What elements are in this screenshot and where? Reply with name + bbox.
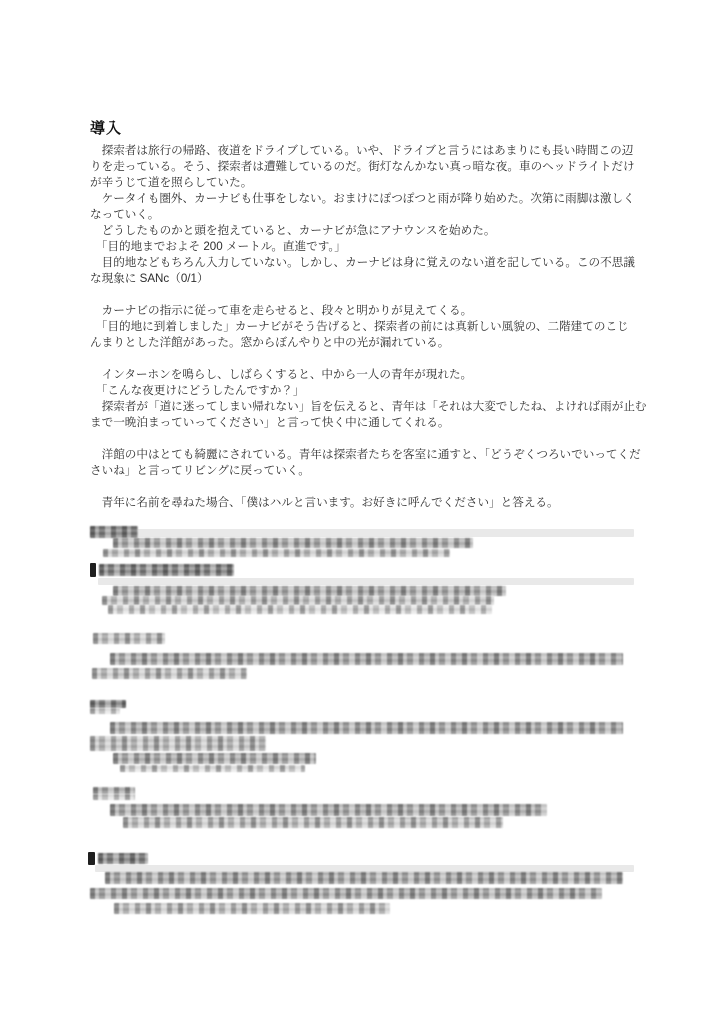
redacted-text-line [102, 596, 494, 605]
text-line: 「目的地までおよそ 200 メートル。直進です。」 [90, 239, 638, 255]
redacted-heading [90, 526, 138, 538]
text-line: どうしたものかと頭を抱えていると、カーナビが急にアナウンスを始めた。 [90, 223, 638, 239]
redacted-heading-bar [88, 852, 95, 865]
text-line: 青年に名前を尋ねた場合、「僕はハルと言います。お好きに呼んでください」と答える。 [90, 495, 638, 511]
redacted-text-line [113, 753, 316, 764]
redacted-text-line [90, 888, 602, 899]
text-line: 洋館の中はとても綺麗にされている。青年は探索者たちを客室に通すと、「どうぞくつろ… [90, 447, 638, 463]
text-line: なっていく。 [90, 207, 638, 223]
redacted-subheading [93, 633, 165, 644]
paragraph-gap [90, 351, 638, 367]
paragraph-gap [90, 431, 638, 447]
text-line: インターホンを鳴らし、しばらくすると、中から一人の青年が現れた。 [90, 367, 638, 383]
text-line: が辛うじて道を照らしていた。 [90, 175, 638, 191]
redacted-heading [99, 564, 234, 576]
text-line: さいね」と言ってリビングに戻っていく。 [90, 463, 638, 479]
redacted-text-line [120, 765, 305, 772]
redacted-underline [90, 529, 634, 537]
text-line: 探索者が「道に迷ってしまい帰れない」旨を伝えると、青年は「それは大変でしたね、よ… [90, 399, 638, 415]
section-title: 導入 [90, 119, 638, 143]
redacted-underline [95, 865, 634, 872]
redacted-heading [98, 853, 148, 864]
document-text: 探索者は旅行の帰路、夜道をドライブしている。いや、ドライブと言うにはあまりにも長… [90, 143, 638, 511]
redacted-text-line [110, 653, 623, 665]
text-line: な現象に SANc（0/1） [90, 271, 638, 287]
document-page: 導入 探索者は旅行の帰路、夜道をドライブしている。いや、ドライブと言うにはあまり… [0, 0, 724, 1024]
paragraph-gap [90, 479, 638, 495]
redacted-text-line [113, 538, 473, 548]
text-line: 「目的地に到着しました」カーナビがそう告げると、探索者の前には真新しい風貌の、二… [90, 319, 638, 335]
redacted-subheading [90, 700, 126, 708]
redacted-subheading [93, 794, 135, 800]
text-line: 目的地などもちろん入力していない。しかし、カーナビは身に覚えのない道を記している… [90, 255, 638, 271]
text-line: 「こんな夜更けにどうしたんですか？」 [90, 383, 638, 399]
paragraph-gap [90, 287, 638, 303]
text-line: 探索者は旅行の帰路、夜道をドライブしている。いや、ドライブと言うにはあまりにも長… [90, 143, 638, 159]
redacted-text-line [90, 736, 266, 751]
redacted-text-line [103, 549, 450, 557]
text-line: んまりとした洋館があった。窓からぼんやりと中の光が漏れている。 [90, 335, 638, 351]
redacted-subheading [90, 708, 120, 714]
redacted-text-line [92, 668, 247, 679]
text-line: りを走っている。そう、探索者は遭難しているのだ。街灯なんかない真っ暗な夜。車のヘ… [90, 159, 638, 175]
redacted-text-line [105, 872, 623, 884]
text-line: まで一晩泊まっていってください」と言って快く中に通してくれる。 [90, 415, 638, 431]
redacted-text-line [110, 804, 547, 816]
redacted-text-line [114, 903, 390, 914]
document-body: 導入 探索者は旅行の帰路、夜道をドライブしている。いや、ドライブと言うにはあまり… [90, 119, 638, 511]
redacted-heading-bar [90, 563, 96, 577]
redacted-text-line [110, 722, 623, 734]
redacted-text-line [113, 586, 506, 596]
redacted-text-line [108, 605, 492, 614]
redacted-text-line [123, 817, 503, 828]
redacted-underline [98, 578, 634, 585]
text-line: ケータイも圏外、カーナビも仕事をしない。おまけにぽつぽつと雨が降り始めた。次第に… [90, 191, 638, 207]
text-line: カーナビの指示に従って車を走らせると、段々と明かりが見えてくる。 [90, 303, 638, 319]
redacted-subheading [93, 787, 135, 794]
